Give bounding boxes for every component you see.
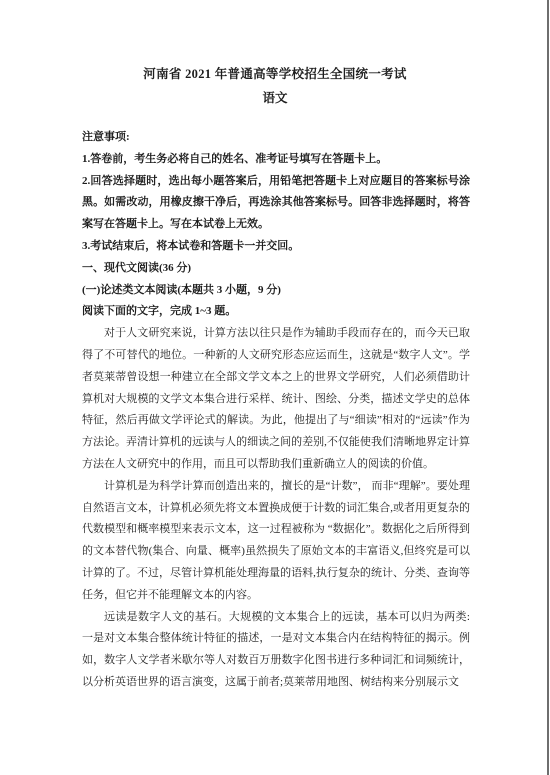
exam-paper-page: 河南省 2021 年普通高等学校招生全国统一考试 语文 注意事项: 1.答卷前，… (0, 0, 550, 775)
reading-instruction: 阅读下面的文字，完成 1~3 题。 (82, 301, 470, 323)
notice-heading: 注意事项: (82, 127, 470, 149)
exam-title: 河南省 2021 年普通高等学校招生全国统一考试 (0, 0, 550, 83)
page-edge-line (547, 0, 549, 775)
exam-subject: 语文 (0, 90, 550, 107)
notice-item-2: 2.回答选择题时，选出每小题答案后，用铅笔把答题卡上对应题目的答案标号涂黑。如需… (82, 171, 470, 236)
exam-content: 注意事项: 1.答卷前，考生务必将自己的姓名、准考证号填写在答题卡上。 2.回答… (82, 127, 470, 694)
passage-paragraph-1: 对于人文研究来说，计算方法以往只是作为辅助手段而存在的，而今天已取得了不可替代的… (82, 323, 470, 476)
passage-paragraph-2: 计算机是为科学计算而创造出来的，擅长的是“计数”， 而非“理解”。要处理自然语言… (82, 476, 470, 607)
section-heading: 一、现代文阅读(36 分) (82, 258, 470, 280)
notice-item-3: 3.考试结束后，将本试卷和答题卡一并交回。 (82, 236, 470, 258)
section-subheading: (一)论述类文本阅读(本题共 3 小题，9 分) (82, 280, 470, 302)
passage-paragraph-3: 远读是数字人文的基石。大规模的文本集合上的远读，基本可以归为两类:一是对文本集合… (82, 607, 470, 694)
notice-item-1: 1.答卷前，考生务必将自己的姓名、准考证号填写在答题卡上。 (82, 149, 470, 171)
